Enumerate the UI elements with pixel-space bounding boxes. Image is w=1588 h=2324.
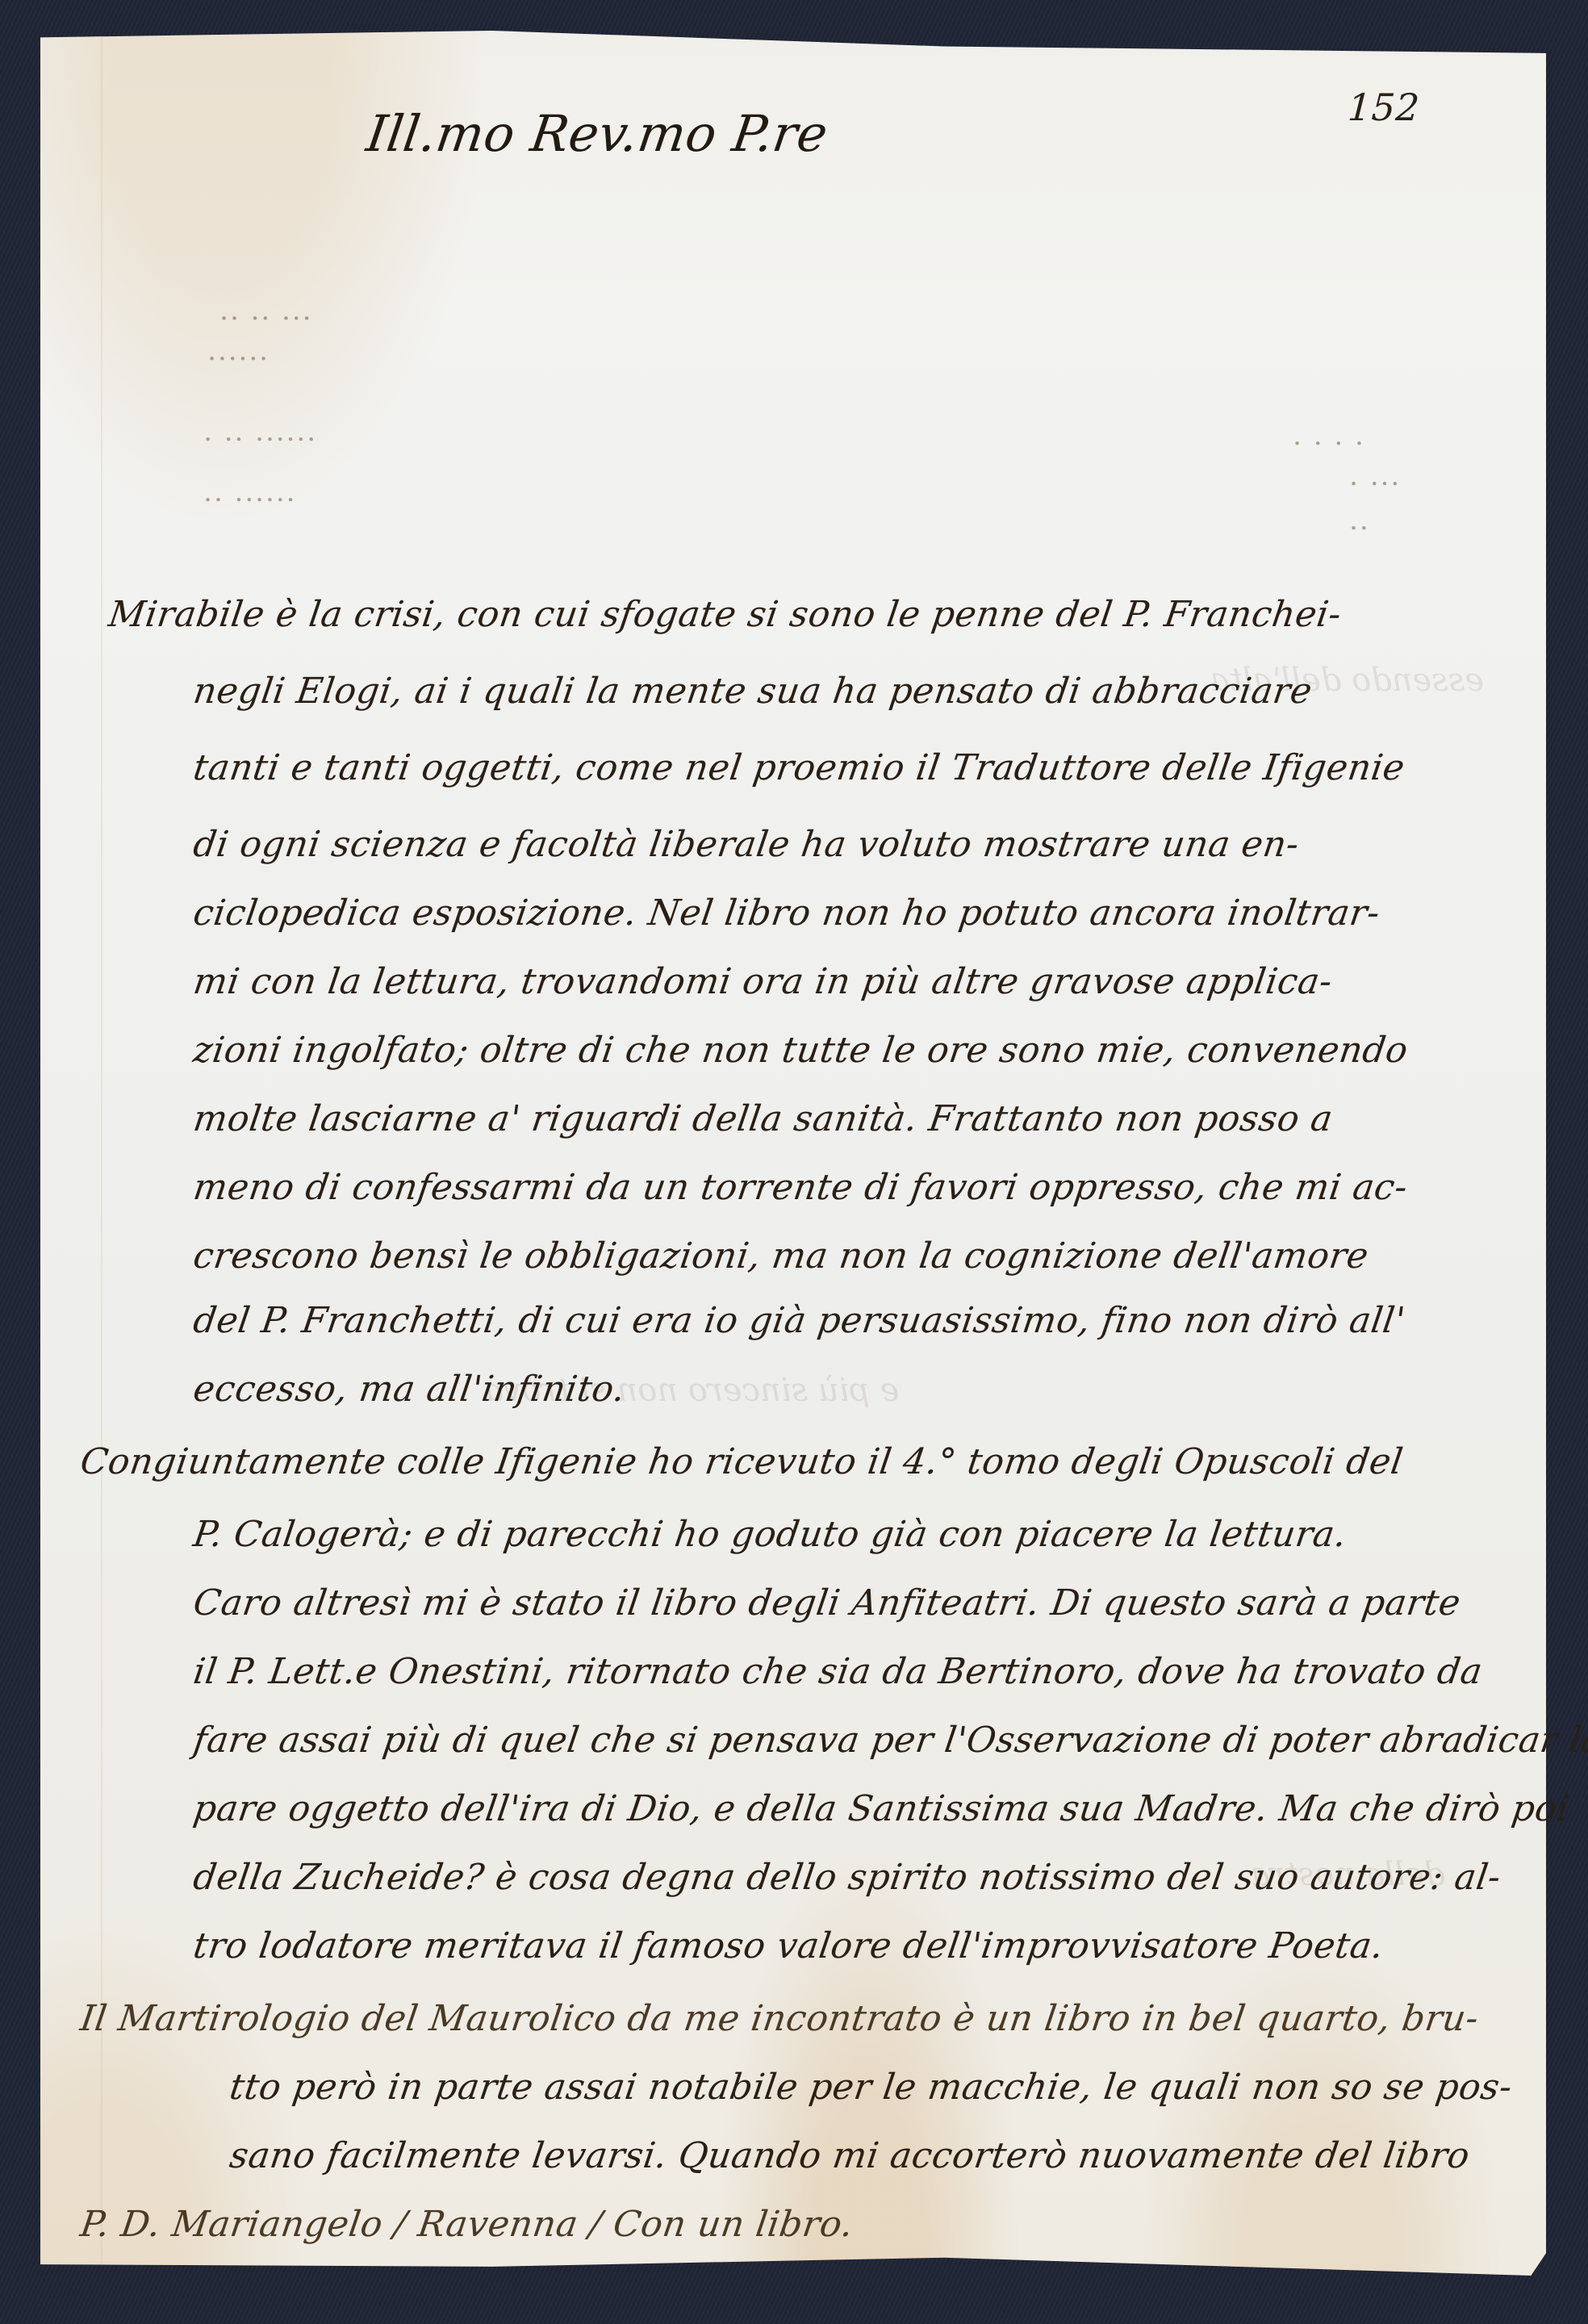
letter-line: Caro altresì mi è stato il libro degli A…	[191, 1586, 1463, 1621]
letter-line: tto però in parte assai notabile per le …	[228, 2070, 1515, 2105]
letter-line: molte lasciarne a' riguardi della sanità…	[191, 1101, 1335, 1137]
letter-line: crescono bensì le obbligazioni, ma non l…	[191, 1239, 1371, 1274]
letter-line: Il Martirologio del Maurolico da me inco…	[78, 2001, 1481, 2037]
salutation-heading: Ill.mo Rev.mo P.re	[364, 109, 831, 159]
offset-mark-line: · · · ·	[1288, 428, 1366, 460]
offset-mark-line: ······ ··	[198, 484, 297, 516]
letter-line: della Zucheide? è cosa degna dello spiri…	[191, 1860, 1503, 1896]
letter-line: eccesso, ma all'infinito.	[191, 1372, 628, 1407]
letter-line: zioni ingolfato; oltre di che non tutte …	[191, 1033, 1410, 1068]
letter-line: sano facilmente levarsi. Quando mi accor…	[228, 2138, 1472, 2174]
letter-line: il P. Lett.e Onestini, ritornato che sia…	[191, 1654, 1485, 1690]
letter-line: tro lodatore meritava il famoso valore d…	[191, 1929, 1386, 1964]
letter-line: negli Elogi, ai i quali la mente sua ha …	[191, 674, 1314, 709]
offset-mark-line: ··	[1344, 512, 1371, 545]
address-line: P. D. Mariangelo / Ravenna / Con un libr…	[78, 2207, 855, 2242]
letter-line: ciclopedica esposizione. Nel libro non h…	[191, 896, 1382, 931]
letter-line: Mirabile è la crisi, con cui sfogate si …	[107, 597, 1344, 633]
letter-line: fare assai più di quel che si pensava pe…	[191, 1723, 1588, 1758]
letter-line: del P. Franchetti, di cui era io già per…	[191, 1303, 1407, 1339]
letter-line: di ogni scienza e facoltà liberale ha vo…	[191, 827, 1302, 863]
letter-line: mi con la lettura, trovandomi ora in più…	[191, 964, 1335, 1000]
offset-mark-line: ······ ·· ·	[198, 424, 318, 456]
offset-mark-line: ······	[203, 343, 270, 375]
letter-line: Congiuntamente colle Ifigenie ho ricevut…	[78, 1444, 1406, 1480]
letter-line: meno di confessarmi da un torrente di fa…	[191, 1170, 1410, 1206]
offset-mark-line: ··· ·· ··	[215, 303, 313, 335]
letter-text-layer: essendo dell'alta e più sincero non si t…	[0, 0, 1588, 2324]
folio-number: 152	[1343, 89, 1424, 126]
letter-line: P. Calogerà; e di parecchi ho goduto già…	[191, 1517, 1349, 1553]
letter-line: pare oggetto dell'ira di Dio, e della Sa…	[191, 1791, 1571, 1827]
offset-mark-line: ··· ·	[1344, 468, 1402, 500]
letter-line: tanti e tanti oggetti, come nel proemio …	[191, 750, 1407, 786]
